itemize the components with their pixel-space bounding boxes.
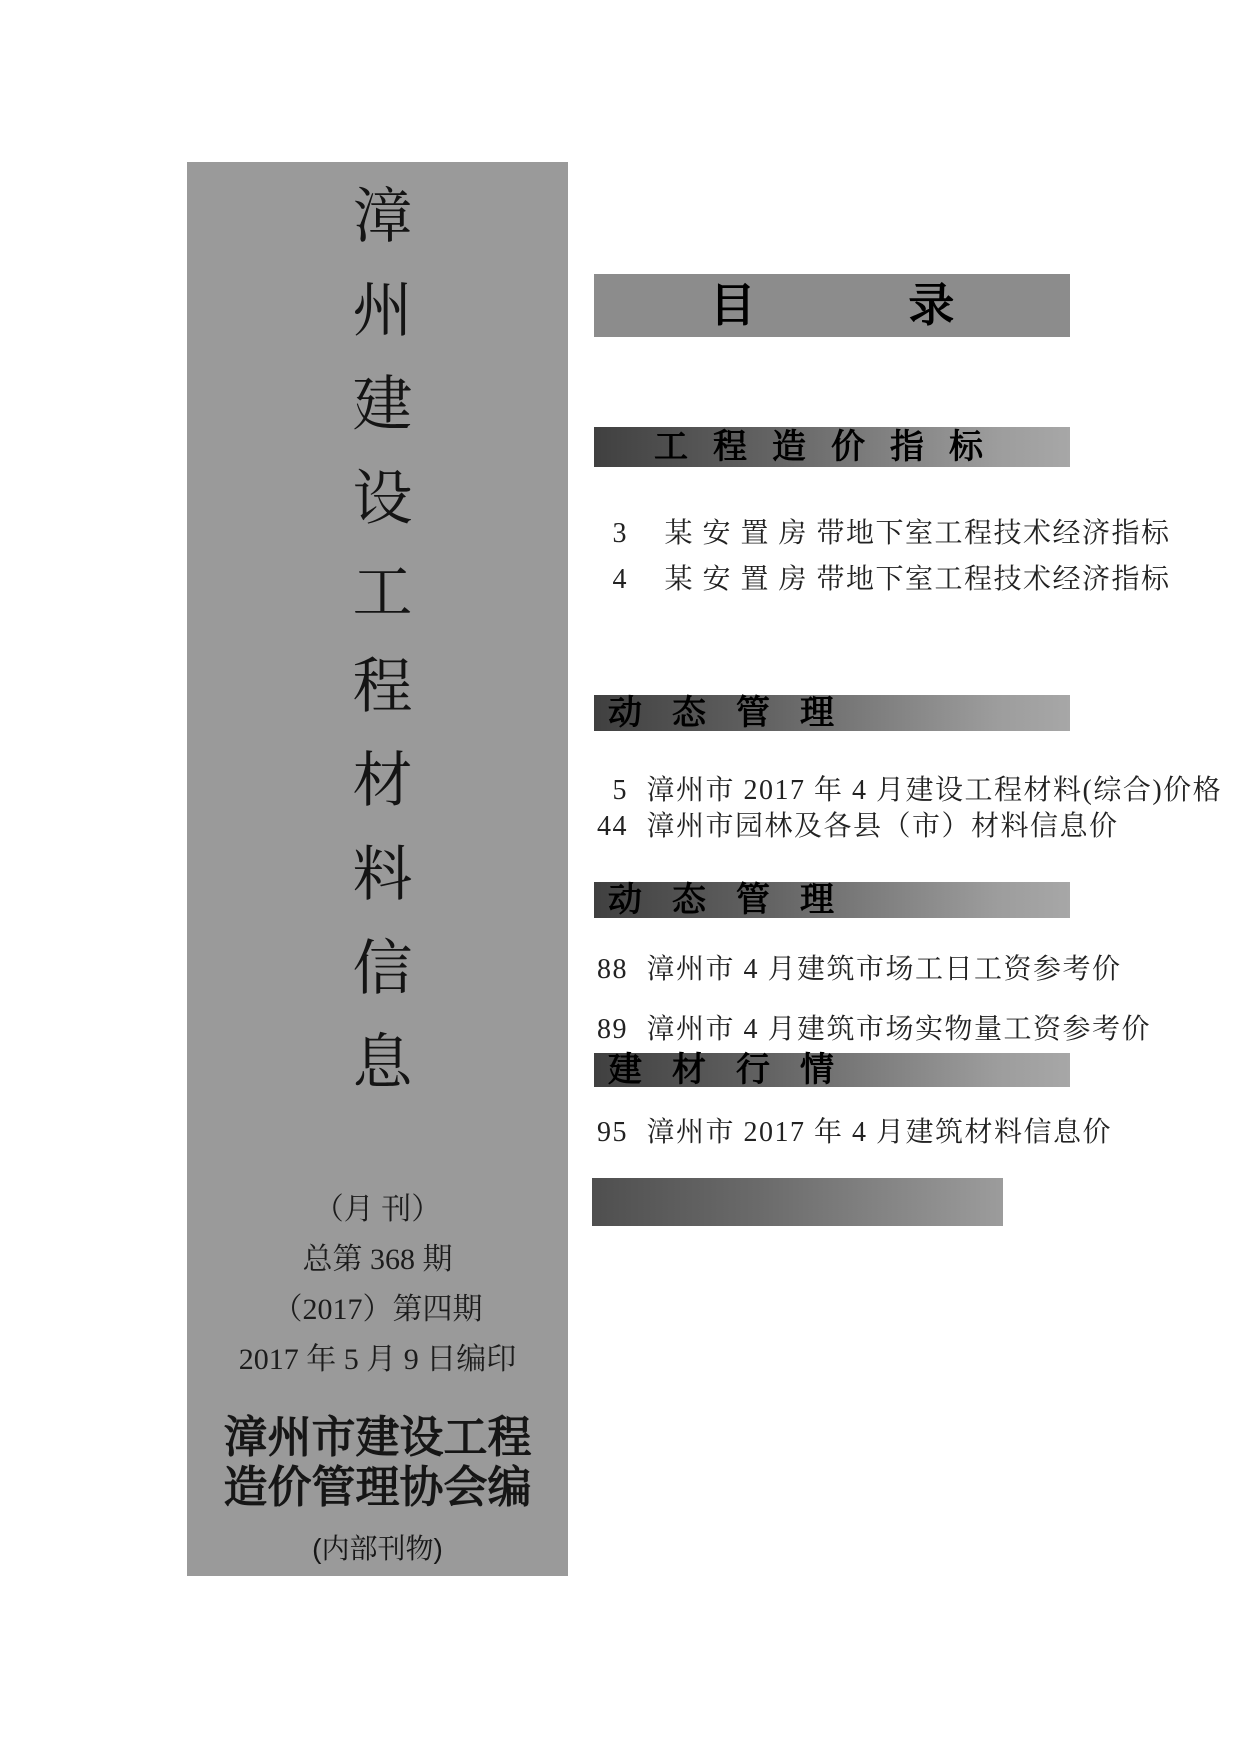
section-heading: 动态管理 (608, 694, 864, 732)
page-number: 4 (594, 564, 628, 596)
publication-title-vertical: 漳州建设工程材料信息 (335, 184, 421, 1124)
page-number: 89 (594, 1014, 628, 1046)
toc-entry: 5 漳州市 2017 年 4 月建设工程材料(综合)价格 (594, 768, 1154, 808)
section-heading: 建材行情 (608, 1051, 864, 1089)
toc-entry: 4 某 安 置 房 带地下室工程技术经济指标 (594, 557, 1154, 597)
publisher-line-1: 漳州市建设工程 (187, 1413, 568, 1463)
entry-title: 漳州市 4 月建筑市场工日工资参考价 (647, 954, 1122, 985)
toc-entry: 95 漳州市 2017 年 4 月建筑材料信息价 (594, 1110, 1154, 1150)
entry-title: 漳州市园林及各县（市）材料信息价 (647, 811, 1119, 842)
section-bar-cost-index: 工程造价指标 (594, 427, 1070, 467)
section-bar-dynamic-management-2: 动态管理 (594, 882, 1070, 918)
toc-title: 目 录 (710, 279, 955, 331)
page-number: 3 (594, 518, 628, 550)
entry-title: 漳州市 2017 年 4 月建筑材料信息价 (647, 1117, 1113, 1148)
publisher-line-2: 造价管理协会编 (187, 1463, 568, 1513)
entry-title: 某 安 置 房 带地下室工程技术经济指标 (665, 518, 1171, 549)
issue-year-label: （2017）第四期 (187, 1285, 568, 1335)
frequency-label: （月 刊） (187, 1185, 568, 1235)
issue-info-block: （月 刊） 总第 368 期 （2017）第四期 2017 年 5 月 9 日编… (187, 1185, 568, 1385)
page-number: 88 (594, 954, 628, 986)
toc-entry: 44 漳州市园林及各县（市）材料信息价 (594, 804, 1154, 844)
entry-title: 漳州市 2017 年 4 月建设工程材料(综合)价格 (647, 775, 1223, 806)
section-bar-building-materials-market: 建材行情 (594, 1053, 1070, 1087)
issue-total-label: 总第 368 期 (187, 1235, 568, 1285)
toc-entry: 3 某 安 置 房 带地下室工程技术经济指标 (594, 511, 1154, 551)
footer-gradient-bar (592, 1178, 1003, 1226)
toc-entry: 89 漳州市 4 月建筑市场实物量工资参考价 (594, 1007, 1154, 1047)
toc-title-bar: 目 录 (594, 274, 1070, 337)
entry-title: 某 安 置 房 带地下室工程技术经济指标 (665, 564, 1171, 595)
print-date-label: 2017 年 5 月 9 日编印 (187, 1335, 568, 1385)
page-number: 95 (594, 1117, 628, 1149)
masthead-panel: 漳州建设工程材料信息 （月 刊） 总第 368 期 （2017）第四期 2017… (187, 162, 568, 1576)
publisher-block: 漳州市建设工程 造价管理协会编 (187, 1413, 568, 1513)
internal-publication-note: (内部刊物) (187, 1534, 568, 1564)
section-heading: 工程造价指标 (654, 428, 1008, 466)
page-number: 5 (594, 775, 628, 807)
page-number: 44 (594, 811, 628, 843)
entry-title: 漳州市 4 月建筑市场实物量工资参考价 (647, 1014, 1152, 1045)
journal-cover-page: 漳州建设工程材料信息 （月 刊） 总第 368 期 （2017）第四期 2017… (0, 0, 1240, 1753)
section-bar-dynamic-management-1: 动态管理 (594, 695, 1070, 731)
toc-entry: 88 漳州市 4 月建筑市场工日工资参考价 (594, 947, 1154, 987)
section-heading: 动态管理 (608, 881, 864, 919)
